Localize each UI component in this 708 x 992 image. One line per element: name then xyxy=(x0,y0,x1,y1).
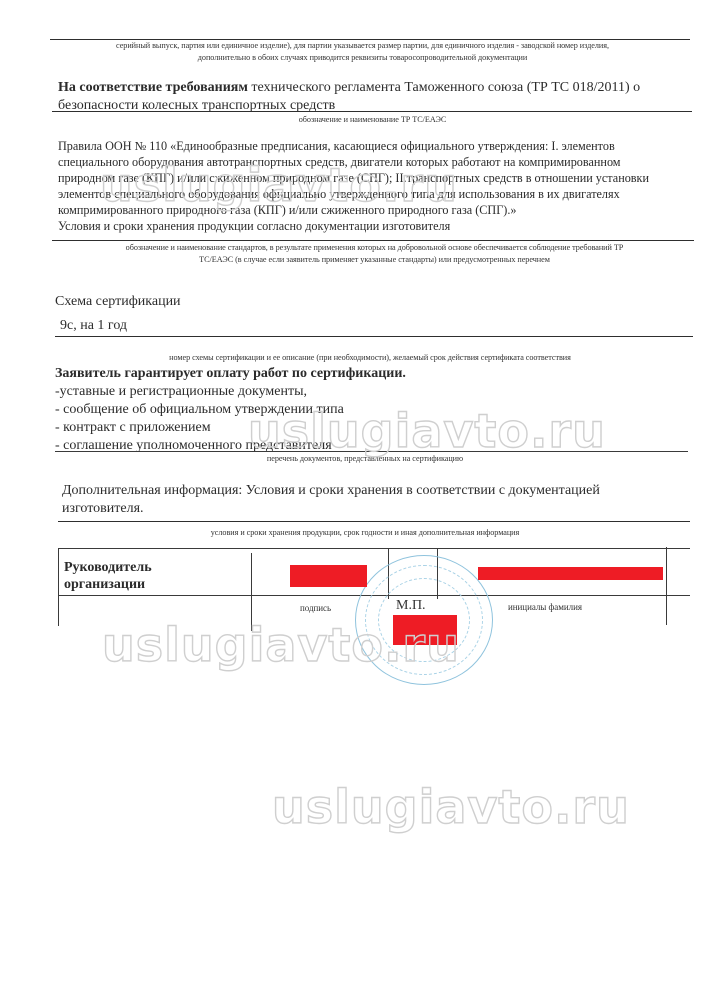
signature-caption: подпись xyxy=(300,602,331,614)
signature-table-left xyxy=(58,548,59,626)
document-item: - сообщение об официальном утверждении т… xyxy=(55,401,344,419)
standards-line: элементов специального оборудования офиц… xyxy=(58,186,703,202)
documents-list: -уставные и регистрационные документы, -… xyxy=(55,383,344,455)
payment-guarantee: Заявитель гарантирует оплату работ по се… xyxy=(55,365,406,383)
name-caption: инициалы фамилия xyxy=(508,601,582,613)
watermark: uslugiavto.ru xyxy=(272,780,630,834)
signature-table-right xyxy=(666,547,667,625)
compliance-rule xyxy=(52,111,692,112)
additional-info-line1: Дополнительная информация: Условия и сро… xyxy=(62,482,702,500)
standards-line: Правила ООН № 110 «Единообразные предпис… xyxy=(58,138,703,154)
additional-rule xyxy=(58,521,690,522)
redacted-stamp xyxy=(393,615,457,645)
redacted-name xyxy=(478,567,663,580)
scheme-value: 9с, на 1 год xyxy=(60,317,127,335)
scheme-caption: номер схемы сертификации и ее описание (… xyxy=(60,352,680,364)
additional-caption: условия и сроки хранения продукции, срок… xyxy=(150,527,580,539)
standards-caption-line1: обозначение и наименование стандартов, в… xyxy=(52,242,697,254)
product-caption-line2: дополнительно в обоих случаях приводится… xyxy=(30,52,695,64)
tr-caption: обозначение и наименование ТР ТС/ЕАЭС xyxy=(50,114,695,126)
compliance-statement: На соответствие требованиям технического… xyxy=(58,79,698,115)
compliance-rest: технического регламента Таможенного союз… xyxy=(248,80,640,95)
standards-line: специального оборудования автотранспортн… xyxy=(58,154,703,170)
documents-caption: перечень документов, представленных на с… xyxy=(200,453,530,465)
stamp-label: М.П. xyxy=(396,598,426,614)
standards-line: Условия и сроки хранения продукции согла… xyxy=(58,218,703,234)
document-item: -уставные и регистрационные документы, xyxy=(55,383,344,401)
compliance-bold: На соответствие требованиям xyxy=(58,80,248,95)
signature-role: Руководитель организации xyxy=(64,559,152,593)
additional-info: Дополнительная информация: Условия и сро… xyxy=(62,482,702,518)
product-caption: серийный выпуск, партия или единичное из… xyxy=(30,40,695,64)
document-item: - контракт с приложением xyxy=(55,419,344,437)
redacted-signature xyxy=(290,565,367,587)
product-caption-line1: серийный выпуск, партия или единичное из… xyxy=(30,40,695,52)
compliance-line2: безопасности колесных транспортных средс… xyxy=(58,97,698,115)
additional-info-line2: изготовителя. xyxy=(62,500,702,518)
standards-caption: обозначение и наименование стандартов, в… xyxy=(52,242,697,266)
signature-table-top xyxy=(58,548,690,549)
standards-caption-line2: ТС/ЕАЭС (в случае если заявитель применя… xyxy=(52,254,697,266)
standards-rule xyxy=(52,240,694,241)
standards-text: Правила ООН № 110 «Единообразные предпис… xyxy=(58,138,703,234)
role-line2: организации xyxy=(64,576,152,593)
standards-line: компримированного природного газа (КПГ) … xyxy=(58,202,703,218)
standards-line: природном газе (КПГ) и/или сжиженном при… xyxy=(58,170,703,186)
scheme-rule xyxy=(55,336,693,337)
documents-rule xyxy=(55,451,688,452)
scheme-label: Схема сертификации xyxy=(55,293,181,311)
role-line1: Руководитель xyxy=(64,559,152,576)
signature-table-col1 xyxy=(251,553,252,631)
